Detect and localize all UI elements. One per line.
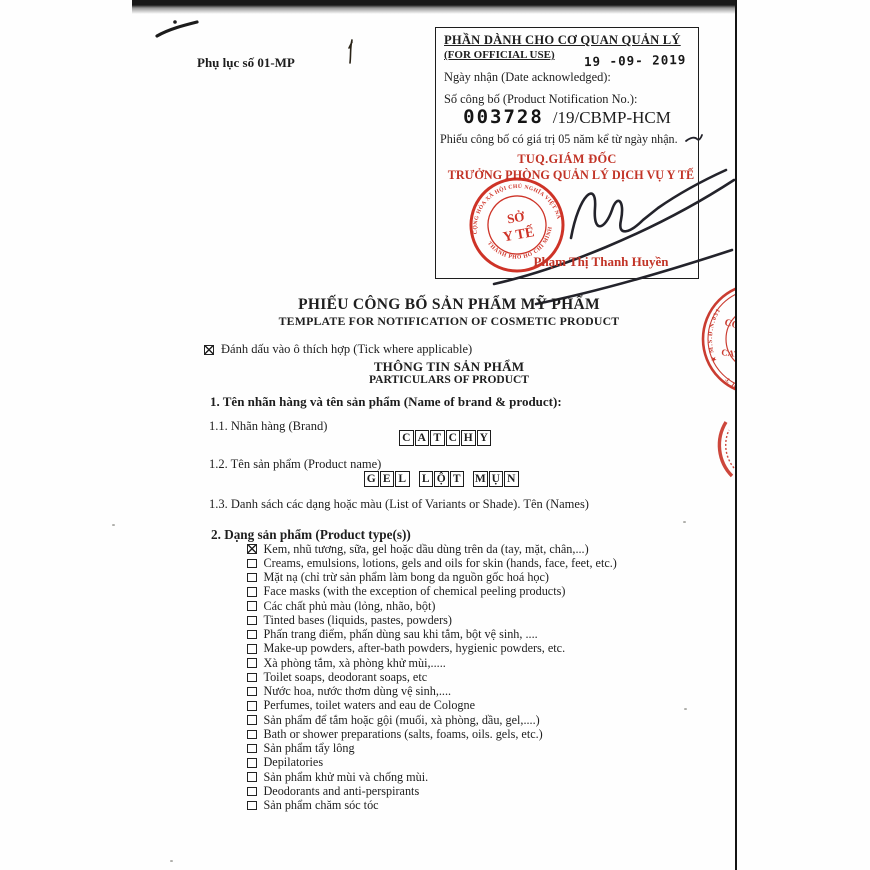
checkbox-icon [247,715,257,725]
checkbox-icon [247,544,257,554]
tick-where-applicable-note: Đánh dấu vào ô thích hợp (Tick where app… [204,342,472,357]
product-type-option: Kem, nhũ tương, sữa, gel hoặc dầu dùng t… [247,542,617,556]
product-type-label: Make-up powders, after-bath powders, hyg… [264,641,566,656]
product-type-label: Các chất phủ màu (lỏng, nhão, bột) [264,599,436,614]
checkbox-icon [247,573,257,583]
product-type-label: Kem, nhũ tương, sữa, gel hoặc dầu dùng t… [264,542,589,557]
date-acknowledged-label: Ngày nhận (Date acknowledged): [444,70,611,85]
checkbox-icon [247,801,257,811]
product-type-label: Mặt nạ (chỉ trừ sản phẩm làm bong da ngu… [264,570,550,585]
letter-box [411,471,419,487]
edge-stamp-fragment [700,418,735,480]
product-type-option: Sản phẩm chăm sóc tóc [247,799,617,813]
product-type-label: Sản phẩm tẩy lông [264,741,355,756]
product-type-label: Nước hoa, nước thơm dùng vệ sinh,.... [264,684,452,699]
product-type-label: Sản phẩm khử mùi và chống mùi. [264,770,429,785]
checkbox-icon [247,787,257,797]
product-type-label: Phấn trang điểm, phấn dùng sau khi tắm, … [264,627,538,642]
section-info-title-en: PARTICULARS OF PRODUCT [160,374,738,386]
letter-box: H [461,430,476,446]
scan-top-edge [132,0,737,14]
notification-number-suffix: /19/CBMP-HCM [553,108,671,127]
scan-page-edge-line [735,0,737,870]
appendix-label: Phụ lục số 01-MP [197,55,295,71]
brand-letter-boxes: C A T C H Y [399,430,492,446]
product-type-label: Creams, emulsions, lotions, gels and oil… [264,556,617,571]
checkbox-icon [247,616,257,626]
product-type-label: Face masks (with the exception of chemic… [264,584,566,599]
notification-number-line: 003728 /19/CBMP-HCM [436,106,698,128]
product-type-label: Bath or shower preparations (salts, foam… [264,727,543,742]
product-name-label: 1.2. Tên sản phẩm (Product name) [209,457,381,472]
product-type-option: Toilet soaps, deodorant soaps, etc [247,670,617,684]
product-type-label: Perfumes, toilet waters and eau de Colog… [264,698,476,713]
pen-mark [346,38,356,66]
checkbox-icon [247,644,257,654]
brand-label: 1.1. Nhãn hàng (Brand) [209,419,327,434]
product-type-option: Depilatories [247,756,617,770]
checkbox-icon [247,687,257,697]
notification-number-label: Số công bố (Product Notification No.): [444,92,637,107]
product-type-option: Face masks (with the exception of chemic… [247,585,617,599]
letter-box: C [399,430,414,446]
letter-box: T [430,430,445,446]
pen-mark [153,16,201,40]
letter-box: A [415,430,430,446]
pen-tick [684,128,704,146]
edge-company-stamp: Đ BÌNH T ★ M.S.Đ.N.031 CÔ CAT [688,283,735,395]
svg-text:Đ BÌNH T: Đ BÌNH T [724,375,735,395]
section2-heading: 2. Dạng sản phẩm (Product type(s)) [211,527,411,543]
product-type-label: Xà phòng tắm, xà phòng khử mùi,..... [264,656,446,671]
product-type-option: Make-up powders, after-bath powders, hyg… [247,642,617,656]
dust-speck [112,524,115,526]
checkbox-icon [247,658,257,668]
product-type-list: Kem, nhũ tương, sữa, gel hoặc dầu dùng t… [247,542,617,813]
dust-speck [170,860,173,862]
letter-box: L [395,471,410,487]
product-type-option: Sản phẩm khử mùi và chống mùi. [247,770,617,784]
edge-stamp-fragment-2: CAT [721,347,735,359]
product-type-option: Creams, emulsions, lotions, gels and oil… [247,556,617,570]
product-type-option: Perfumes, toilet waters and eau de Colog… [247,699,617,713]
checkbox-icon [247,673,257,683]
checkbox-icon [247,730,257,740]
product-type-label: Depilatories [264,755,324,770]
document-title-en: TEMPLATE FOR NOTIFICATION OF COSMETIC PR… [160,314,738,329]
edge-stamp-fragment-1: CÔ [723,315,735,331]
dust-speck [684,708,687,710]
letter-box: C [446,430,461,446]
product-letter-boxes: G E L L Ộ T M Ụ N [364,471,520,487]
tick-note-label: Đánh dấu vào ô thích hợp (Tick where app… [221,342,472,357]
checkbox-icon [247,587,257,597]
letter-box: E [380,471,395,487]
product-type-label: Tinted bases (liquids, pastes, powders) [264,613,452,628]
notification-number-stamp: 003728 [463,106,544,128]
checkbox-icon [247,630,257,640]
product-type-label: Sản phẩm chăm sóc tóc [264,798,379,813]
letter-box: Y [477,430,492,446]
letter-box: G [364,471,379,487]
product-type-option: Mặt nạ (chỉ trừ sản phẩm làm bong da ngu… [247,571,617,585]
product-type-option: Phấn trang điểm, phấn dùng sau khi tắm, … [247,628,617,642]
product-type-option: Xà phòng tắm, xà phòng khử mùi,..... [247,656,617,670]
product-type-option: Deodorants and anti-perspirants [247,784,617,798]
letter-box: Ụ [489,471,504,487]
letter-box: Ộ [434,471,449,487]
letter-box: N [504,471,519,487]
section1-heading: 1. Tên nhãn hàng và tên sản phẩm (Name o… [210,394,562,410]
section-info-title-vi: THÔNG TIN SẢN PHẨM [160,359,738,375]
letter-box: L [419,471,434,487]
checkbox-icon [247,601,257,611]
product-type-label: Sản phẩm để tắm hoặc gội (muối, xà phòng… [264,713,540,728]
checked-checkbox-icon [204,345,214,355]
letter-box: M [473,471,488,487]
official-box-title-en: (FOR OFFICIAL USE) [444,49,555,61]
letter-box [465,471,473,487]
checkbox-icon [247,559,257,569]
signer-name: Phạm Thị Thanh Huyền [506,254,696,270]
product-type-option: Bath or shower preparations (salts, foam… [247,727,617,741]
product-type-option: Nước hoa, nước thơm dùng vệ sinh,.... [247,685,617,699]
product-type-label: Deodorants and anti-perspirants [264,784,420,799]
document-title-vi: PHIẾU CÔNG BỐ SẢN PHẨM MỸ PHẨM [160,296,738,314]
dust-speck [683,521,686,523]
date-received-stamp: 19 -09- 2019 [584,52,687,69]
edge-stamp-arc-bottom: Đ BÌNH T [724,375,735,395]
checkbox-icon [247,701,257,711]
checkbox-icon [247,758,257,768]
product-type-option: Tinted bases (liquids, pastes, powders) [247,613,617,627]
checkbox-icon [247,772,257,782]
product-type-label: Toilet soaps, deodorant soaps, etc [264,670,428,685]
product-type-option: Sản phẩm tẩy lông [247,742,617,756]
variants-label: 1.3. Danh sách các dạng hoặc màu (List o… [209,497,589,512]
official-use-box: PHẦN DÀNH CHO CƠ QUAN QUẢN LÝ (FOR OFFIC… [435,27,699,279]
scanned-document: Phụ lục số 01-MP PHẦN DÀNH CHO CƠ QUAN Q… [0,0,870,870]
validity-note: Phiếu công bố có giá trị 05 năm kể từ ng… [440,132,678,147]
product-type-option: Các chất phủ màu (lỏng, nhão, bột) [247,599,617,613]
official-box-title-vi: PHẦN DÀNH CHO CƠ QUAN QUẢN LÝ [444,33,681,48]
letter-box: T [450,471,465,487]
product-type-option: Sản phẩm để tắm hoặc gội (muối, xà phòng… [247,713,617,727]
checkbox-icon [247,744,257,754]
